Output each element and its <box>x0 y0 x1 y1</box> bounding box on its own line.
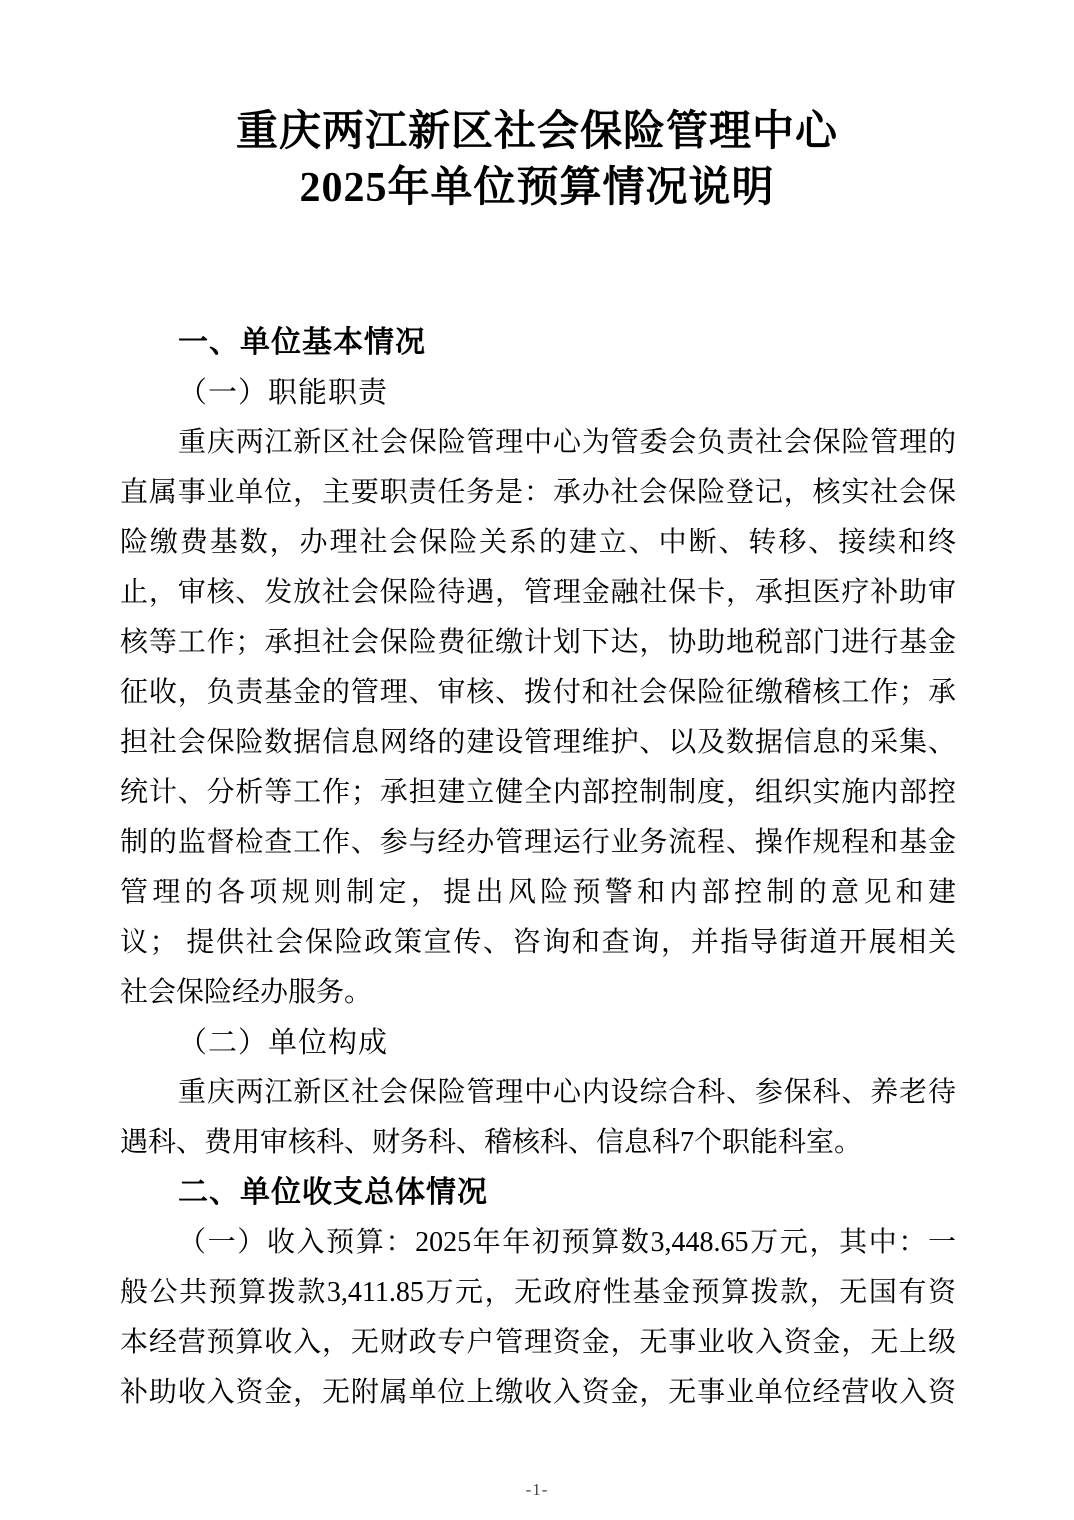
paragraph-line: 征收，负责基金的管理、审核、拨付和社会保险征缴稽核工作；承 <box>120 668 956 718</box>
paragraph-line: 本经营预算收入，无财政专户管理资金，无事业收入资金，无上级 <box>120 1318 956 1368</box>
paragraph-line: 制的监督检查工作、参与经办管理运行业务流程、操作规程和基金 <box>120 818 956 868</box>
paragraph-line: 管理的各项规则制定，提出风险预警和内部控制的意见和建 <box>120 868 956 918</box>
title-line-2: 2025年单位预算情况说明 <box>0 160 1074 216</box>
paragraph-line: 补助收入资金，无附属单位上缴收入资金，无事业单位经营收入资 <box>120 1368 956 1418</box>
paragraph-line: 遇科、费用审核科、财务科、稽核科、信息科7个职能科室。 <box>120 1118 956 1168</box>
paragraph-line: 核等工作；承担社会保险费征缴计划下达，协助地税部门进行基金 <box>120 618 956 668</box>
document-page: 重庆两江新区社会保险管理中心 2025年单位预算情况说明 一、单位基本情况 （一… <box>0 0 1074 1520</box>
paragraph-line: （一）收入预算：2025年年初预算数3,448.65万元，其中：一 <box>120 1218 956 1268</box>
document-body: 一、单位基本情况 （一）职能职责 重庆两江新区社会保险管理中心为管委会负责社会保… <box>120 318 956 1418</box>
paragraph-line: 担社会保险数据信息网络的建设管理维护、以及数据信息的采集、 <box>120 718 956 768</box>
section-heading-2: 二、单位收支总体情况 <box>120 1168 956 1218</box>
paragraph-line: 重庆两江新区社会保险管理中心为管委会负责社会保险管理的 <box>120 418 956 468</box>
paragraph-line: 止，审核、发放社会保险待遇，管理金融社保卡，承担医疗补助审 <box>120 568 956 618</box>
paragraph-line: 社会保险经办服务。 <box>120 968 956 1018</box>
paragraph-line: 重庆两江新区社会保险管理中心内设综合科、参保科、养老待 <box>120 1068 956 1118</box>
section-heading-1: 一、单位基本情况 <box>120 318 956 368</box>
paragraph-line: 般公共预算拨款3,411.85万元，无政府性基金预算拨款，无国有资 <box>120 1268 956 1318</box>
document-title: 重庆两江新区社会保险管理中心 2025年单位预算情况说明 <box>0 0 1074 216</box>
title-line-1: 重庆两江新区社会保险管理中心 <box>0 104 1074 160</box>
paragraph-line: 统计、分析等工作；承担建立健全内部控制制度，组织实施内部控 <box>120 768 956 818</box>
paragraph-line: 直属事业单位，主要职责任务是：承办社会保险登记，核实社会保 <box>120 468 956 518</box>
subsection-heading-1-1: （一）职能职责 <box>120 368 956 418</box>
subsection-heading-1-2: （二）单位构成 <box>120 1018 956 1068</box>
page-number: -1- <box>0 1480 1074 1500</box>
paragraph-line: 险缴费基数，办理社会保险关系的建立、中断、转移、接续和终 <box>120 518 956 568</box>
paragraph-line: 议； 提供社会保险政策宣传、咨询和查询，并指导街道开展相关 <box>120 918 956 968</box>
